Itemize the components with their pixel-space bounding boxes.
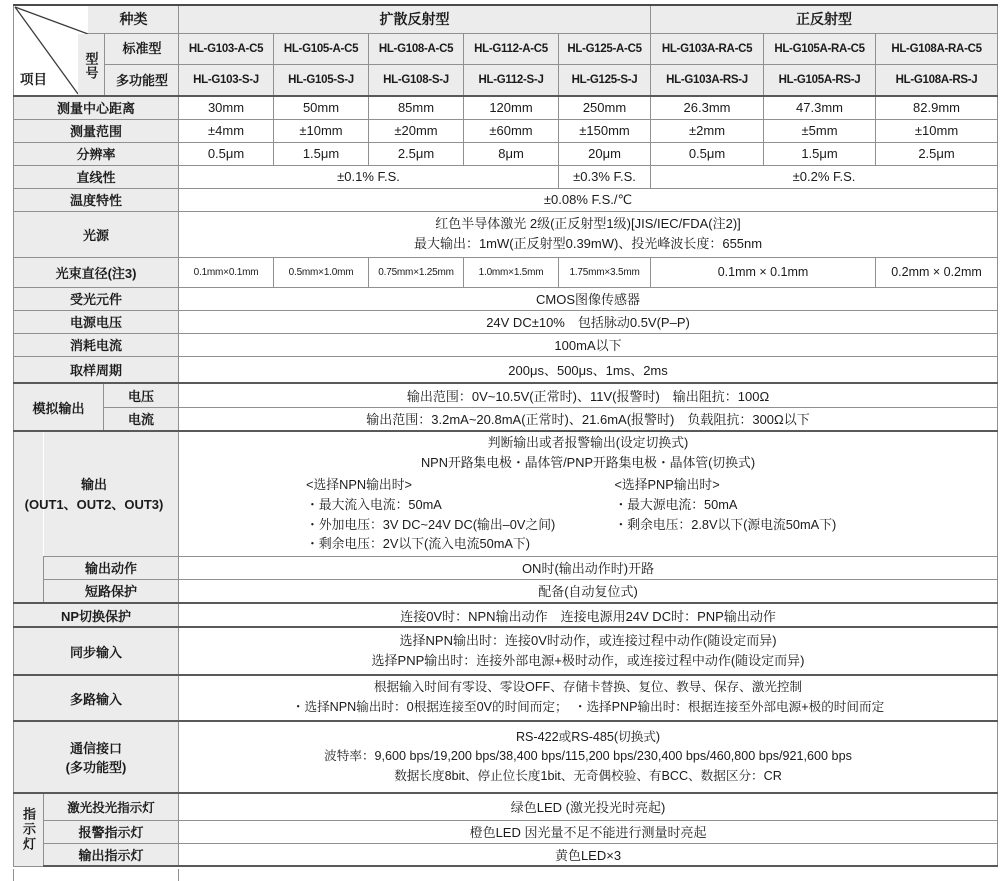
spec-value: 红色半导体激光 2级(正反射型1级)[JIS/IEC/FDA(注2)] 最大输出…	[179, 211, 998, 257]
spec-value: 1.0mm×1.5mm	[464, 257, 559, 287]
row-label: 测量中心距离	[14, 96, 179, 119]
model-multi-2: HL-G105-S-J	[274, 64, 369, 96]
spec-value: ON时(输出动作时)开路	[179, 556, 998, 579]
row-light-source: 光源 红色半导体激光 2级(正反射型1级)[JIS/IEC/FDA(注2)] 最…	[14, 211, 998, 257]
spec-value: 输出范围：0V~10.5V(正常时)、11V(报警时) 输出阻抗：100Ω	[179, 383, 998, 407]
indicator-group-label: 指示灯	[14, 793, 44, 866]
spec-value: CMOS图像传感器	[179, 287, 998, 310]
spec-value: 配备(自动复位式)	[179, 579, 998, 603]
spec-value: 1.5μm	[764, 142, 876, 165]
spec-value: ±0.1% F.S.	[179, 165, 559, 188]
comm-line1: RS-422或RS-485(切换式)	[181, 728, 995, 748]
spec-value: ±2mm	[651, 119, 764, 142]
row-label: 激光投光指示灯	[44, 793, 179, 820]
spec-value: 30mm	[179, 96, 274, 119]
model-multi-3: HL-G108-S-J	[369, 64, 464, 96]
output-columns: <选择NPN输出时> ・最大流入电流：50mA ・外加电压：3V DC~24V …	[181, 475, 995, 554]
row-indicator-laser: 指示灯 激光投光指示灯 绿色LED (激光投光时亮起)	[14, 793, 998, 820]
spec-value: 橙色LED 因光量不足不能进行测量时亮起	[179, 820, 998, 843]
pnp-item: ・剩余电压：2.8V以下(源电流50mA下)	[614, 515, 995, 535]
comm-label-line2: (多功能型)	[16, 757, 176, 776]
spec-sheet: 种类 型号 标准型 多功能型 项目 扩散反射型 正反射型 HL-G103-A-C…	[0, 0, 1000, 881]
model-standard-5: HL-G125-A-C5	[559, 33, 651, 64]
row-beam-diameter: 光束直径(注3) 0.1mm×0.1mm 0.5mm×1.0mm 0.75mm×…	[14, 257, 998, 287]
spec-value: 输出范围：3.2mA~20.8mA(正常时)、21.6mA(报警时) 负载阻抗：…	[179, 407, 998, 431]
row-label: 电流	[104, 407, 179, 431]
row-label: 电源电压	[14, 310, 179, 333]
light-source-line1: 红色半导体激光 2级(正反射型1级)[JIS/IEC/FDA(注2)]	[181, 214, 995, 234]
spec-value: 2.5μm	[876, 142, 998, 165]
comm-line3: 数据长度8bit、停止位长度1bit、无奇偶校验、有BCC、数据区分：CR	[181, 767, 995, 787]
specification-table: 种类 型号 标准型 多功能型 项目 扩散反射型 正反射型 HL-G103-A-C…	[13, 4, 998, 867]
comm-line2: 波特率：9,600 bps/19,200 bps/38,400 bps/115,…	[181, 747, 995, 767]
spec-value: 1.75mm×3.5mm	[559, 257, 651, 287]
corner-item-label: 项目	[20, 68, 47, 88]
spec-value: ±10mm	[274, 119, 369, 142]
row-label: 报警指示灯	[44, 820, 179, 843]
row-label: 直线性	[14, 165, 179, 188]
group-label-analog-output: 模拟输出	[14, 383, 104, 431]
spec-value: 绿色LED (激光投光时亮起)	[179, 793, 998, 820]
group-header-diffuse: 扩散反射型	[179, 5, 651, 33]
comm-label-line1: 通信接口	[16, 738, 176, 757]
spec-value: ±0.08% F.S./℃	[179, 188, 998, 211]
sync-line2: 选择PNP输出时：连接外部电源+极时动作，或连接过程中动作(随设定而异)	[181, 651, 995, 671]
row-short-protection: 短路保护 配备(自动复位式)	[14, 579, 998, 603]
table-continuation-stub	[178, 869, 179, 881]
output-label-line1: 输出	[81, 475, 107, 495]
row-label: 多路输入	[14, 675, 179, 721]
table-continuation-stub	[13, 869, 14, 881]
npn-title: <选择NPN输出时>	[306, 475, 612, 495]
model-multi-7: HL-G105A-RS-J	[764, 64, 876, 96]
spec-value: 100mA以下	[179, 333, 998, 356]
spec-value: 85mm	[369, 96, 464, 119]
corner-model-label: 型号	[78, 34, 104, 96]
spec-value: 82.9mm	[876, 96, 998, 119]
model-standard-7: HL-G105A-RA-C5	[764, 33, 876, 64]
spec-value: 选择NPN输出时：连接0V时动作，或连接过程中动作(随设定而异) 选择PNP输出…	[179, 627, 998, 675]
row-current-consumption: 消耗电流 100mA以下	[14, 333, 998, 356]
spec-value: ±0.2% F.S.	[651, 165, 998, 188]
row-label: 分辨率	[14, 142, 179, 165]
row-label: 输出指示灯	[44, 843, 179, 866]
spec-value: 0.5μm	[179, 142, 274, 165]
spec-value: 0.1mm×0.1mm	[179, 257, 274, 287]
spec-value: 0.2mm × 0.2mm	[876, 257, 998, 287]
corner-kind-label: 种类	[88, 6, 179, 34]
npn-item: ・剩余电压：2V以下(流入电流50mA下)	[306, 534, 612, 554]
npn-item: ・最大流入电流：50mA	[306, 495, 612, 515]
spec-value: 8μm	[464, 142, 559, 165]
spec-value: 0.1mm × 0.1mm	[651, 257, 876, 287]
spec-value: 47.3mm	[764, 96, 876, 119]
corner-header-cell: 种类 型号 标准型 多功能型 项目	[14, 5, 179, 96]
row-label: 消耗电流	[14, 333, 179, 356]
spec-value: 黄色LED×3	[179, 843, 998, 866]
pnp-item: ・最大源电流：50mA	[614, 495, 995, 515]
sync-line1: 选择NPN输出时：连接0V时动作，或连接过程中动作(随设定而异)	[181, 631, 995, 651]
spec-value: 2.5μm	[369, 142, 464, 165]
spec-value: ±60mm	[464, 119, 559, 142]
spec-value: 0.5μm	[651, 142, 764, 165]
row-label: 测量范围	[14, 119, 179, 142]
output-line1: 判断输出或者报警输出(设定切换式)	[181, 433, 995, 453]
model-standard-1: HL-G103-A-C5	[179, 33, 274, 64]
spec-value: 120mm	[464, 96, 559, 119]
spec-value: ±10mm	[876, 119, 998, 142]
row-multi-input: 多路输入 根据输入时间有零设、零设OFF、存储卡替换、复位、教导、保存、激光控制…	[14, 675, 998, 721]
spec-value: 20μm	[559, 142, 651, 165]
spec-value: 0.75mm×1.25mm	[369, 257, 464, 287]
spec-value-output: 判断输出或者报警输出(设定切换式) NPN开路集电极・晶体管/PNP开路集电极・…	[179, 431, 998, 556]
spec-value: 连接0V时：NPN输出动作 连接电源用24V DC时：PNP输出动作	[179, 603, 998, 627]
multi-input-line2: ・选择NPN输出时：0根据连接至0V的时间而定； ・选择PNP输出时：根据连接至…	[181, 698, 995, 718]
row-label: 光束直径(注3)	[14, 257, 179, 287]
light-source-line2: 最大输出：1mW(正反射型0.39mW)、投光峰波长度：655nm	[181, 234, 995, 254]
spec-value: 26.3mm	[651, 96, 764, 119]
output-line2: NPN开路集电极・晶体管/PNP开路集电极・晶体管(切换式)	[181, 453, 995, 473]
row-resolution: 分辨率 0.5μm 1.5μm 2.5μm 8μm 20μm 0.5μm 1.5…	[14, 142, 998, 165]
row-output: 输出 (OUT1、OUT2、OUT3) 判断输出或者报警输出(设定切换式) NP…	[14, 431, 998, 556]
row-sync-input: 同步输入 选择NPN输出时：连接0V时动作，或连接过程中动作(随设定而异) 选择…	[14, 627, 998, 675]
model-multi-6: HL-G103A-RS-J	[651, 64, 764, 96]
corner-standard-label: 标准型	[104, 34, 179, 65]
spec-value: ±5mm	[764, 119, 876, 142]
spec-value: ±20mm	[369, 119, 464, 142]
npn-item: ・外加电压：3V DC~24V DC(输出–0V之间)	[306, 515, 612, 535]
spec-value: 24V DC±10% 包括脉动0.5V(P–P)	[179, 310, 998, 333]
row-range: 测量范围 ±4mm ±10mm ±20mm ±60mm ±150mm ±2mm …	[14, 119, 998, 142]
model-standard-4: HL-G112-A-C5	[464, 33, 559, 64]
row-label: 光源	[14, 211, 179, 257]
row-receiver: 受光元件 CMOS图像传感器	[14, 287, 998, 310]
model-standard-8: HL-G108A-RA-C5	[876, 33, 998, 64]
header-row-kind: 种类 型号 标准型 多功能型 项目 扩散反射型 正反射型	[14, 5, 998, 33]
row-label: 短路保护	[44, 579, 179, 603]
row-center-distance: 测量中心距离 30mm 50mm 85mm 120mm 250mm 26.3mm…	[14, 96, 998, 119]
row-supply-voltage: 电源电压 24V DC±10% 包括脉动0.5V(P–P)	[14, 310, 998, 333]
row-label: 同步输入	[14, 627, 179, 675]
model-multi-5: HL-G125-S-J	[559, 64, 651, 96]
row-temperature: 温度特性 ±0.08% F.S./℃	[14, 188, 998, 211]
model-standard-3: HL-G108-A-C5	[369, 33, 464, 64]
row-sampling-period: 取样周期 200μs、500μs、1ms、2ms	[14, 356, 998, 383]
row-label: 温度特性	[14, 188, 179, 211]
row-linearity: 直线性 ±0.1% F.S. ±0.3% F.S. ±0.2% F.S.	[14, 165, 998, 188]
row-output-action: 输出动作 ON时(输出动作时)开路	[14, 556, 998, 579]
row-label-comm: 通信接口 (多功能型)	[14, 721, 179, 793]
model-standard-6: HL-G103A-RA-C5	[651, 33, 764, 64]
group-header-retro: 正反射型	[651, 5, 998, 33]
model-standard-2: HL-G105-A-C5	[274, 33, 369, 64]
output-npn-column: <选择NPN输出时> ・最大流入电流：50mA ・外加电压：3V DC~24V …	[181, 475, 612, 554]
spec-value: 50mm	[274, 96, 369, 119]
output-pnp-column: <选择PNP输出时> ・最大源电流：50mA ・剩余电压：2.8V以下(源电流5…	[612, 475, 995, 554]
spec-value: ±4mm	[179, 119, 274, 142]
spec-value: 250mm	[559, 96, 651, 119]
row-indicator-alarm: 报警指示灯 橙色LED 因光量不足不能进行测量时亮起	[14, 820, 998, 843]
row-label: 受光元件	[14, 287, 179, 310]
corner-multifunction-label: 多功能型	[104, 65, 179, 96]
row-label: 电压	[104, 383, 179, 407]
model-multi-4: HL-G112-S-J	[464, 64, 559, 96]
model-multi-8: HL-G108A-RS-J	[876, 64, 998, 96]
spec-value: ±150mm	[559, 119, 651, 142]
output-label-line2: (OUT1、OUT2、OUT3)	[25, 495, 164, 515]
spec-value: 1.5μm	[274, 142, 369, 165]
row-label: 取样周期	[14, 356, 179, 383]
model-multi-1: HL-G103-S-J	[179, 64, 274, 96]
row-np-switch: NP切换保护 连接0V时：NPN输出动作 连接电源用24V DC时：PNP输出动…	[14, 603, 998, 627]
spec-value: 根据输入时间有零设、零设OFF、存储卡替换、复位、教导、保存、激光控制 ・选择N…	[179, 675, 998, 721]
spec-value: ±0.3% F.S.	[559, 165, 651, 188]
row-label-output: 输出 (OUT1、OUT2、OUT3)	[44, 431, 179, 556]
row-label: 输出动作	[44, 556, 179, 579]
row-analog-voltage: 模拟输出 电压 输出范围：0V~10.5V(正常时)、11V(报警时) 输出阻抗…	[14, 383, 998, 407]
row-analog-current: 电流 输出范围：3.2mA~20.8mA(正常时)、21.6mA(报警时) 负载…	[14, 407, 998, 431]
row-comm-interface: 通信接口 (多功能型) RS-422或RS-485(切换式) 波特率：9,600…	[14, 721, 998, 793]
row-label: NP切换保护	[14, 603, 179, 627]
spec-value: 200μs、500μs、1ms、2ms	[179, 356, 998, 383]
spec-value: RS-422或RS-485(切换式) 波特率：9,600 bps/19,200 …	[179, 721, 998, 793]
multi-input-line1: 根据输入时间有零设、零设OFF、存储卡替换、复位、教导、保存、激光控制	[181, 678, 995, 698]
row-indicator-output: 输出指示灯 黄色LED×3	[14, 843, 998, 866]
spec-value: 0.5mm×1.0mm	[274, 257, 369, 287]
pnp-title: <选择PNP输出时>	[614, 475, 995, 495]
